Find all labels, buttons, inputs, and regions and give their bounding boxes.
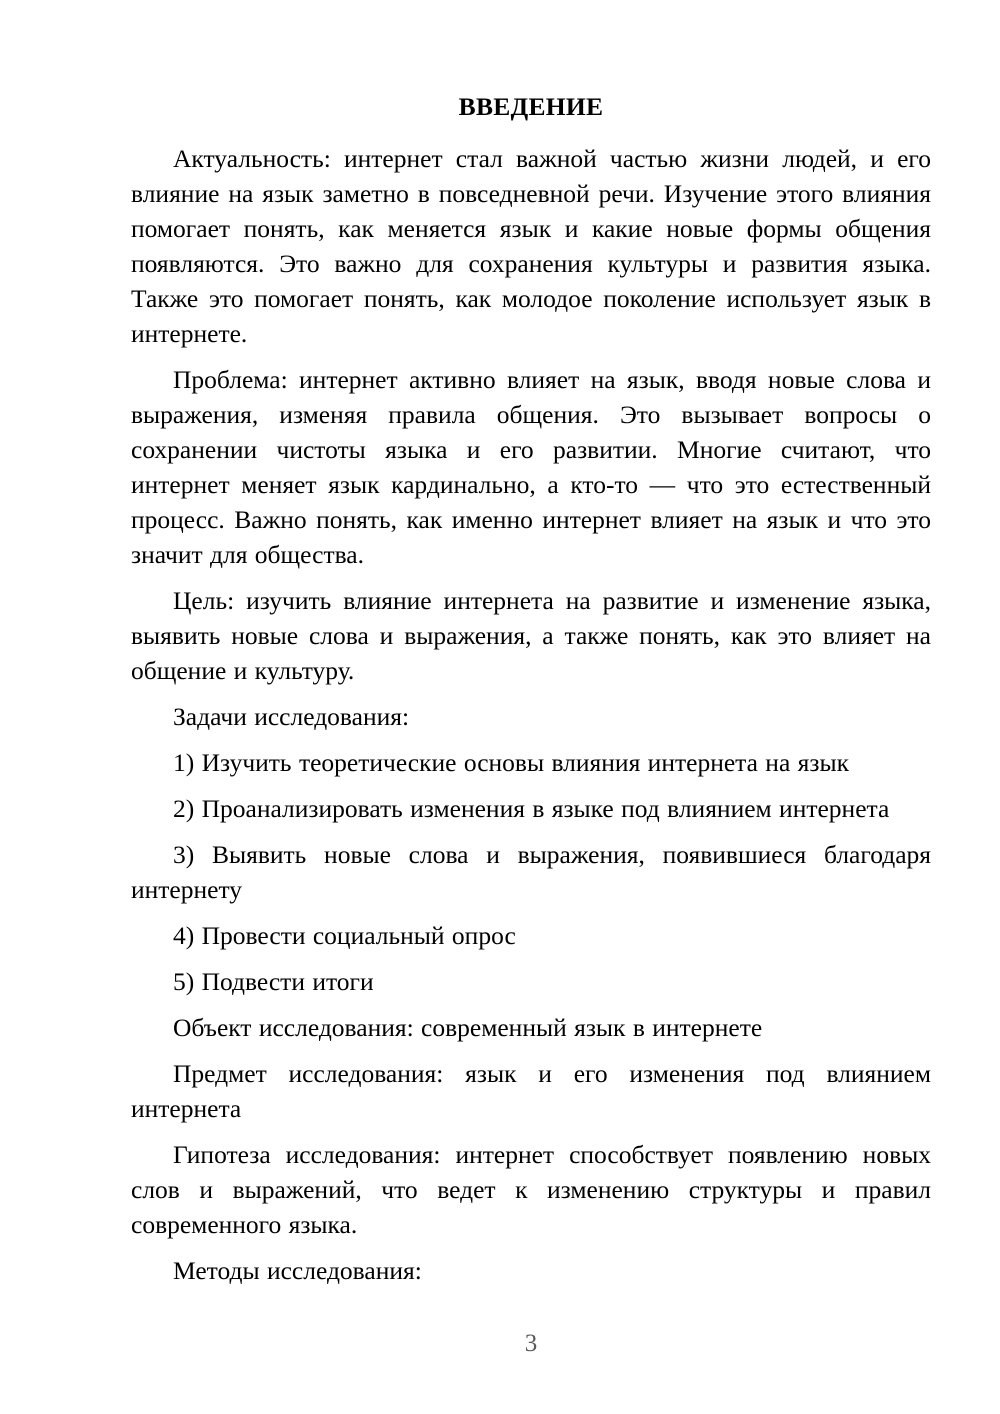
- tasks-heading: Задачи исследования:: [131, 699, 931, 734]
- page-title: ВВЕДЕНИЕ: [131, 89, 931, 124]
- document-page: ВВЕДЕНИЕ Актуальность: интернет стал важ…: [0, 0, 1000, 1414]
- paragraph-subject: Предмет исследования: язык и его изменен…: [131, 1056, 931, 1126]
- task-item-1: 1) Изучить теоретические основы влияния …: [131, 745, 931, 780]
- page-number: 3: [131, 1326, 931, 1361]
- paragraph-hypothesis: Гипотеза исследования: интернет способст…: [131, 1137, 931, 1242]
- methods-heading: Методы исследования:: [131, 1253, 931, 1288]
- paragraph-problem: Проблема: интернет активно влияет на язы…: [131, 362, 931, 572]
- paragraph-actuality: Актуальность: интернет стал важной часть…: [131, 141, 931, 351]
- task-item-3: 3) Выявить новые слова и выражения, появ…: [131, 837, 931, 907]
- task-item-4: 4) Провести социальный опрос: [131, 918, 931, 953]
- paragraph-goal: Цель: изучить влияние интернета на разви…: [131, 583, 931, 688]
- task-item-5: 5) Подвести итоги: [131, 964, 931, 999]
- paragraph-object: Объект исследования: современный язык в …: [131, 1010, 931, 1045]
- task-item-2: 2) Проанализировать изменения в языке по…: [131, 791, 931, 826]
